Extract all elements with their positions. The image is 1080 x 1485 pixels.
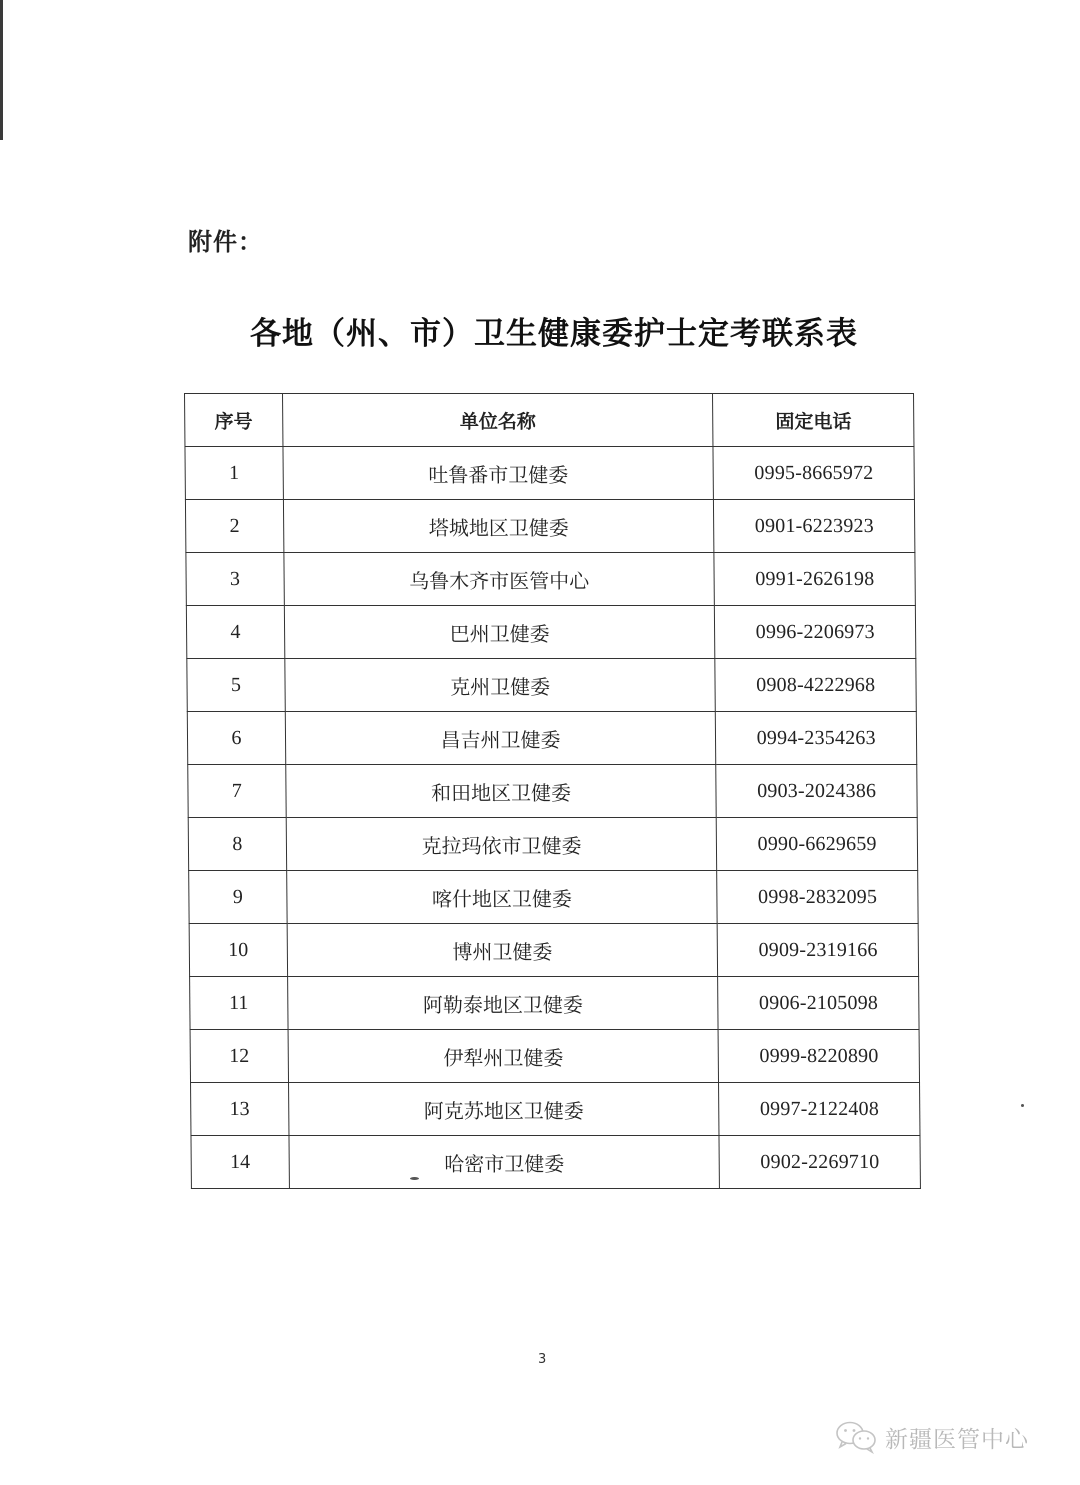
- cell-phone: 0909-2319166: [718, 924, 919, 977]
- cell-phone: 0908-4222968: [715, 659, 916, 712]
- table-row: 13 阿克苏地区卫健委 0997-2122408: [191, 1083, 920, 1136]
- cell-unit: 阿勒泰地区卫健委: [287, 977, 718, 1030]
- cell-unit: 乌鲁木齐市医管中心: [284, 553, 715, 606]
- cell-index: 2: [185, 500, 283, 553]
- cell-unit: 喀什地区卫健委: [286, 871, 717, 924]
- table-header-row: 序号 单位名称 固定电话: [185, 394, 914, 447]
- cell-unit: 吐鲁番市卫健委: [283, 447, 714, 500]
- cell-index: 13: [191, 1083, 289, 1136]
- cell-index: 6: [187, 712, 285, 765]
- table-row: 6 昌吉州卫健委 0994-2354263: [187, 712, 916, 765]
- table-row: 14 哈密市卫健委 0902-2269710: [191, 1136, 920, 1189]
- cell-index: 12: [190, 1030, 288, 1083]
- cell-index: 1: [185, 447, 283, 500]
- cell-unit: 阿克苏地区卫健委: [288, 1083, 719, 1136]
- scan-speck: [410, 1177, 419, 1180]
- cell-phone: 0903-2024386: [716, 765, 917, 818]
- page-number: 3: [538, 1352, 546, 1367]
- scan-speck: [1021, 1104, 1024, 1107]
- cell-phone: 0997-2122408: [719, 1083, 920, 1136]
- cell-unit: 昌吉州卫健委: [285, 712, 716, 765]
- cell-index: 11: [190, 977, 288, 1030]
- cell-phone: 0998-2832095: [717, 871, 918, 924]
- cell-index: 7: [188, 765, 286, 818]
- header-phone: 固定电话: [713, 394, 914, 447]
- cell-unit: 克州卫健委: [285, 659, 716, 712]
- cell-index: 3: [186, 553, 284, 606]
- cell-index: 4: [186, 606, 284, 659]
- header-index: 序号: [185, 394, 283, 447]
- cell-index: 10: [189, 924, 287, 977]
- header-unit-name: 单位名称: [282, 394, 713, 447]
- cell-index: 8: [188, 818, 286, 871]
- attachment-label: 附件：: [188, 222, 263, 257]
- scan-edge-mark: [0, 0, 3, 140]
- cell-unit: 塔城地区卫健委: [283, 500, 714, 553]
- table-row: 10 博州卫健委 0909-2319166: [189, 924, 918, 977]
- cell-unit: 克拉玛依市卫健委: [286, 818, 717, 871]
- cell-index: 14: [191, 1136, 289, 1189]
- table-row: 4 巴州卫健委 0996-2206973: [186, 606, 915, 659]
- table-row: 2 塔城地区卫健委 0901-6223923: [185, 500, 914, 553]
- cell-unit: 博州卫健委: [287, 924, 718, 977]
- cell-index: 9: [189, 871, 287, 924]
- cell-phone: 0996-2206973: [715, 606, 916, 659]
- cell-index: 5: [187, 659, 285, 712]
- cell-phone: 0995-8665972: [713, 447, 914, 500]
- cell-unit: 哈密市卫健委: [289, 1136, 720, 1189]
- table-row: 5 克州卫健委 0908-4222968: [187, 659, 916, 712]
- watermark-text: 新疆医管中心: [885, 1421, 1029, 1454]
- cell-phone: 0901-6223923: [714, 500, 915, 553]
- table-row: 7 和田地区卫健委 0903-2024386: [188, 765, 917, 818]
- table-row: 12 伊犁州卫健委 0999-8220890: [190, 1030, 919, 1083]
- table-row: 11 阿勒泰地区卫健委 0906-2105098: [190, 977, 919, 1030]
- contact-table: 序号 单位名称 固定电话 1 吐鲁番市卫健委 0995-8665972 2 塔城…: [184, 393, 921, 1189]
- cell-phone: 0991-2626198: [714, 553, 915, 606]
- wechat-icon: [835, 1420, 879, 1454]
- cell-phone: 0906-2105098: [718, 977, 919, 1030]
- watermark: 新疆医管中心: [835, 1420, 1029, 1454]
- cell-phone: 0990-6629659: [717, 818, 918, 871]
- table-row: 8 克拉玛依市卫健委 0990-6629659: [188, 818, 917, 871]
- cell-phone: 0999-8220890: [718, 1030, 919, 1083]
- cell-phone: 0994-2354263: [716, 712, 917, 765]
- cell-unit: 巴州卫健委: [284, 606, 715, 659]
- table-row: 3 乌鲁木齐市医管中心 0991-2626198: [186, 553, 915, 606]
- cell-unit: 和田地区卫健委: [285, 765, 716, 818]
- cell-unit: 伊犁州卫健委: [288, 1030, 719, 1083]
- table-row: 1 吐鲁番市卫健委 0995-8665972: [185, 447, 914, 500]
- table-row: 9 喀什地区卫健委 0998-2832095: [189, 871, 918, 924]
- document-title: 各地（州、市）卫生健康委护士定考联系表: [250, 308, 870, 353]
- cell-phone: 0902-2269710: [719, 1136, 920, 1189]
